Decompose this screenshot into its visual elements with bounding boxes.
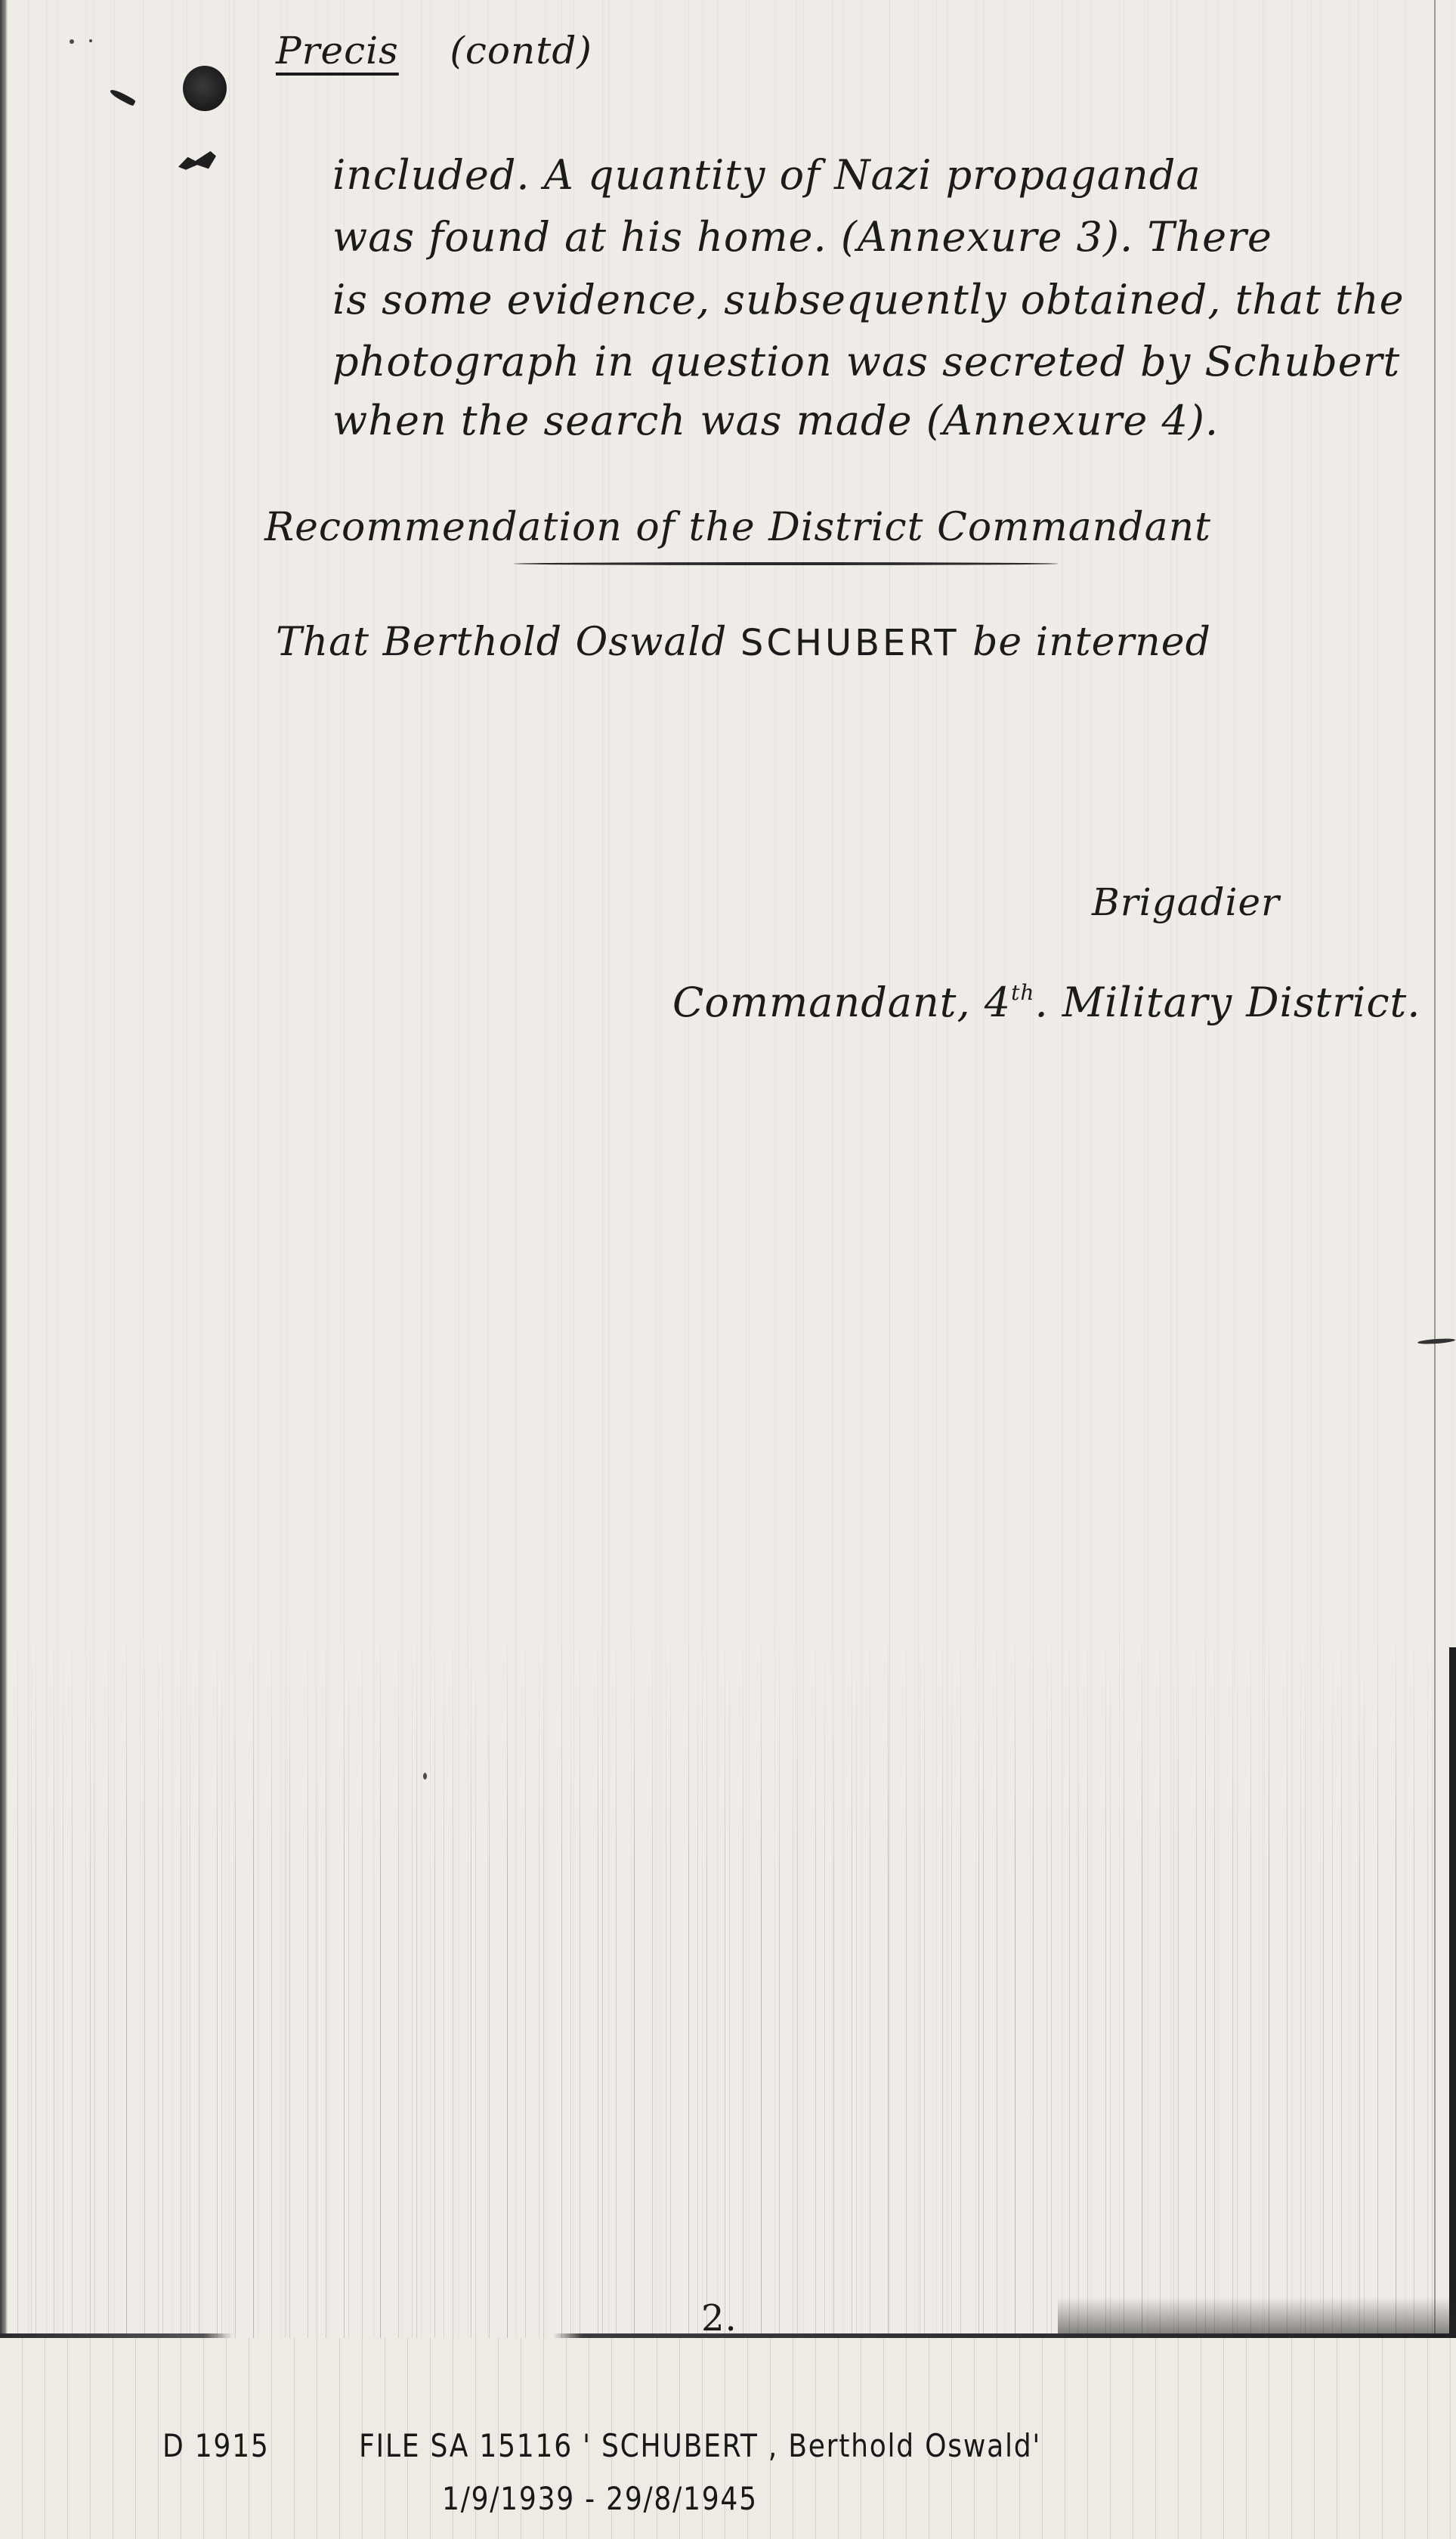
margin-tick-mark [1417, 1338, 1455, 1344]
signature-title-prefix: Commandant, 4 [672, 979, 1011, 1026]
archive-reference: D 1915 [162, 2427, 270, 2464]
body-line: photograph in question was secreted by S… [332, 342, 1400, 382]
recommendation-surname: SCHUBERT [740, 622, 960, 664]
signature-title-ordinal: th [1011, 980, 1034, 1005]
right-page-edge-shadow [1449, 1647, 1456, 2335]
ink-blot-icon [109, 88, 136, 107]
body-line: was found at his home. (Annexure 3). The… [332, 217, 1272, 258]
precis-title: Precis [276, 29, 399, 73]
page-number: 2. [701, 2297, 737, 2340]
speck-mark [423, 1773, 427, 1780]
recommendation-underline [514, 562, 1058, 565]
speck-mark [89, 39, 92, 42]
left-page-edge [0, 0, 8, 2335]
recommendation-text: That Berthold Oswald SCHUBERT be interne… [276, 620, 1211, 665]
precis-heading: Precis (contd) [276, 29, 592, 73]
signature-title: Commandant, 4th. Military District. [672, 979, 1420, 1026]
bottom-edge-shadow [1058, 2297, 1456, 2335]
right-margin-rule [1434, 0, 1436, 2339]
recommendation-suffix: be interned [972, 620, 1211, 665]
scanner-streaks [0, 1625, 1456, 2343]
archive-file-label: FILE SA 15116 ' SCHUBERT , Berthold Oswa… [359, 2427, 1041, 2464]
precis-continuation: (contd) [450, 29, 592, 73]
archive-date-range: 1/9/1939 - 29/8/1945 [442, 2480, 758, 2517]
speck-mark [70, 39, 74, 44]
body-line: when the search was made (Annexure 4). [332, 400, 1219, 441]
signature-title-suffix: . Military District. [1034, 979, 1420, 1026]
body-line: included. A quantity of Nazi propaganda [332, 155, 1201, 196]
recommendation-prefix: That Berthold Oswald [276, 620, 727, 665]
punch-hole-icon [183, 66, 227, 111]
ink-blot-icon [178, 151, 216, 171]
body-line: is some evidence, subsequently obtained,… [332, 280, 1405, 320]
recommendation-heading: Recommendation of the District Commandan… [264, 505, 1211, 550]
scanned-document-page: Precis (contd) included. A quantity of N… [0, 0, 1456, 2539]
signature-rank: Brigadier [1092, 880, 1280, 924]
